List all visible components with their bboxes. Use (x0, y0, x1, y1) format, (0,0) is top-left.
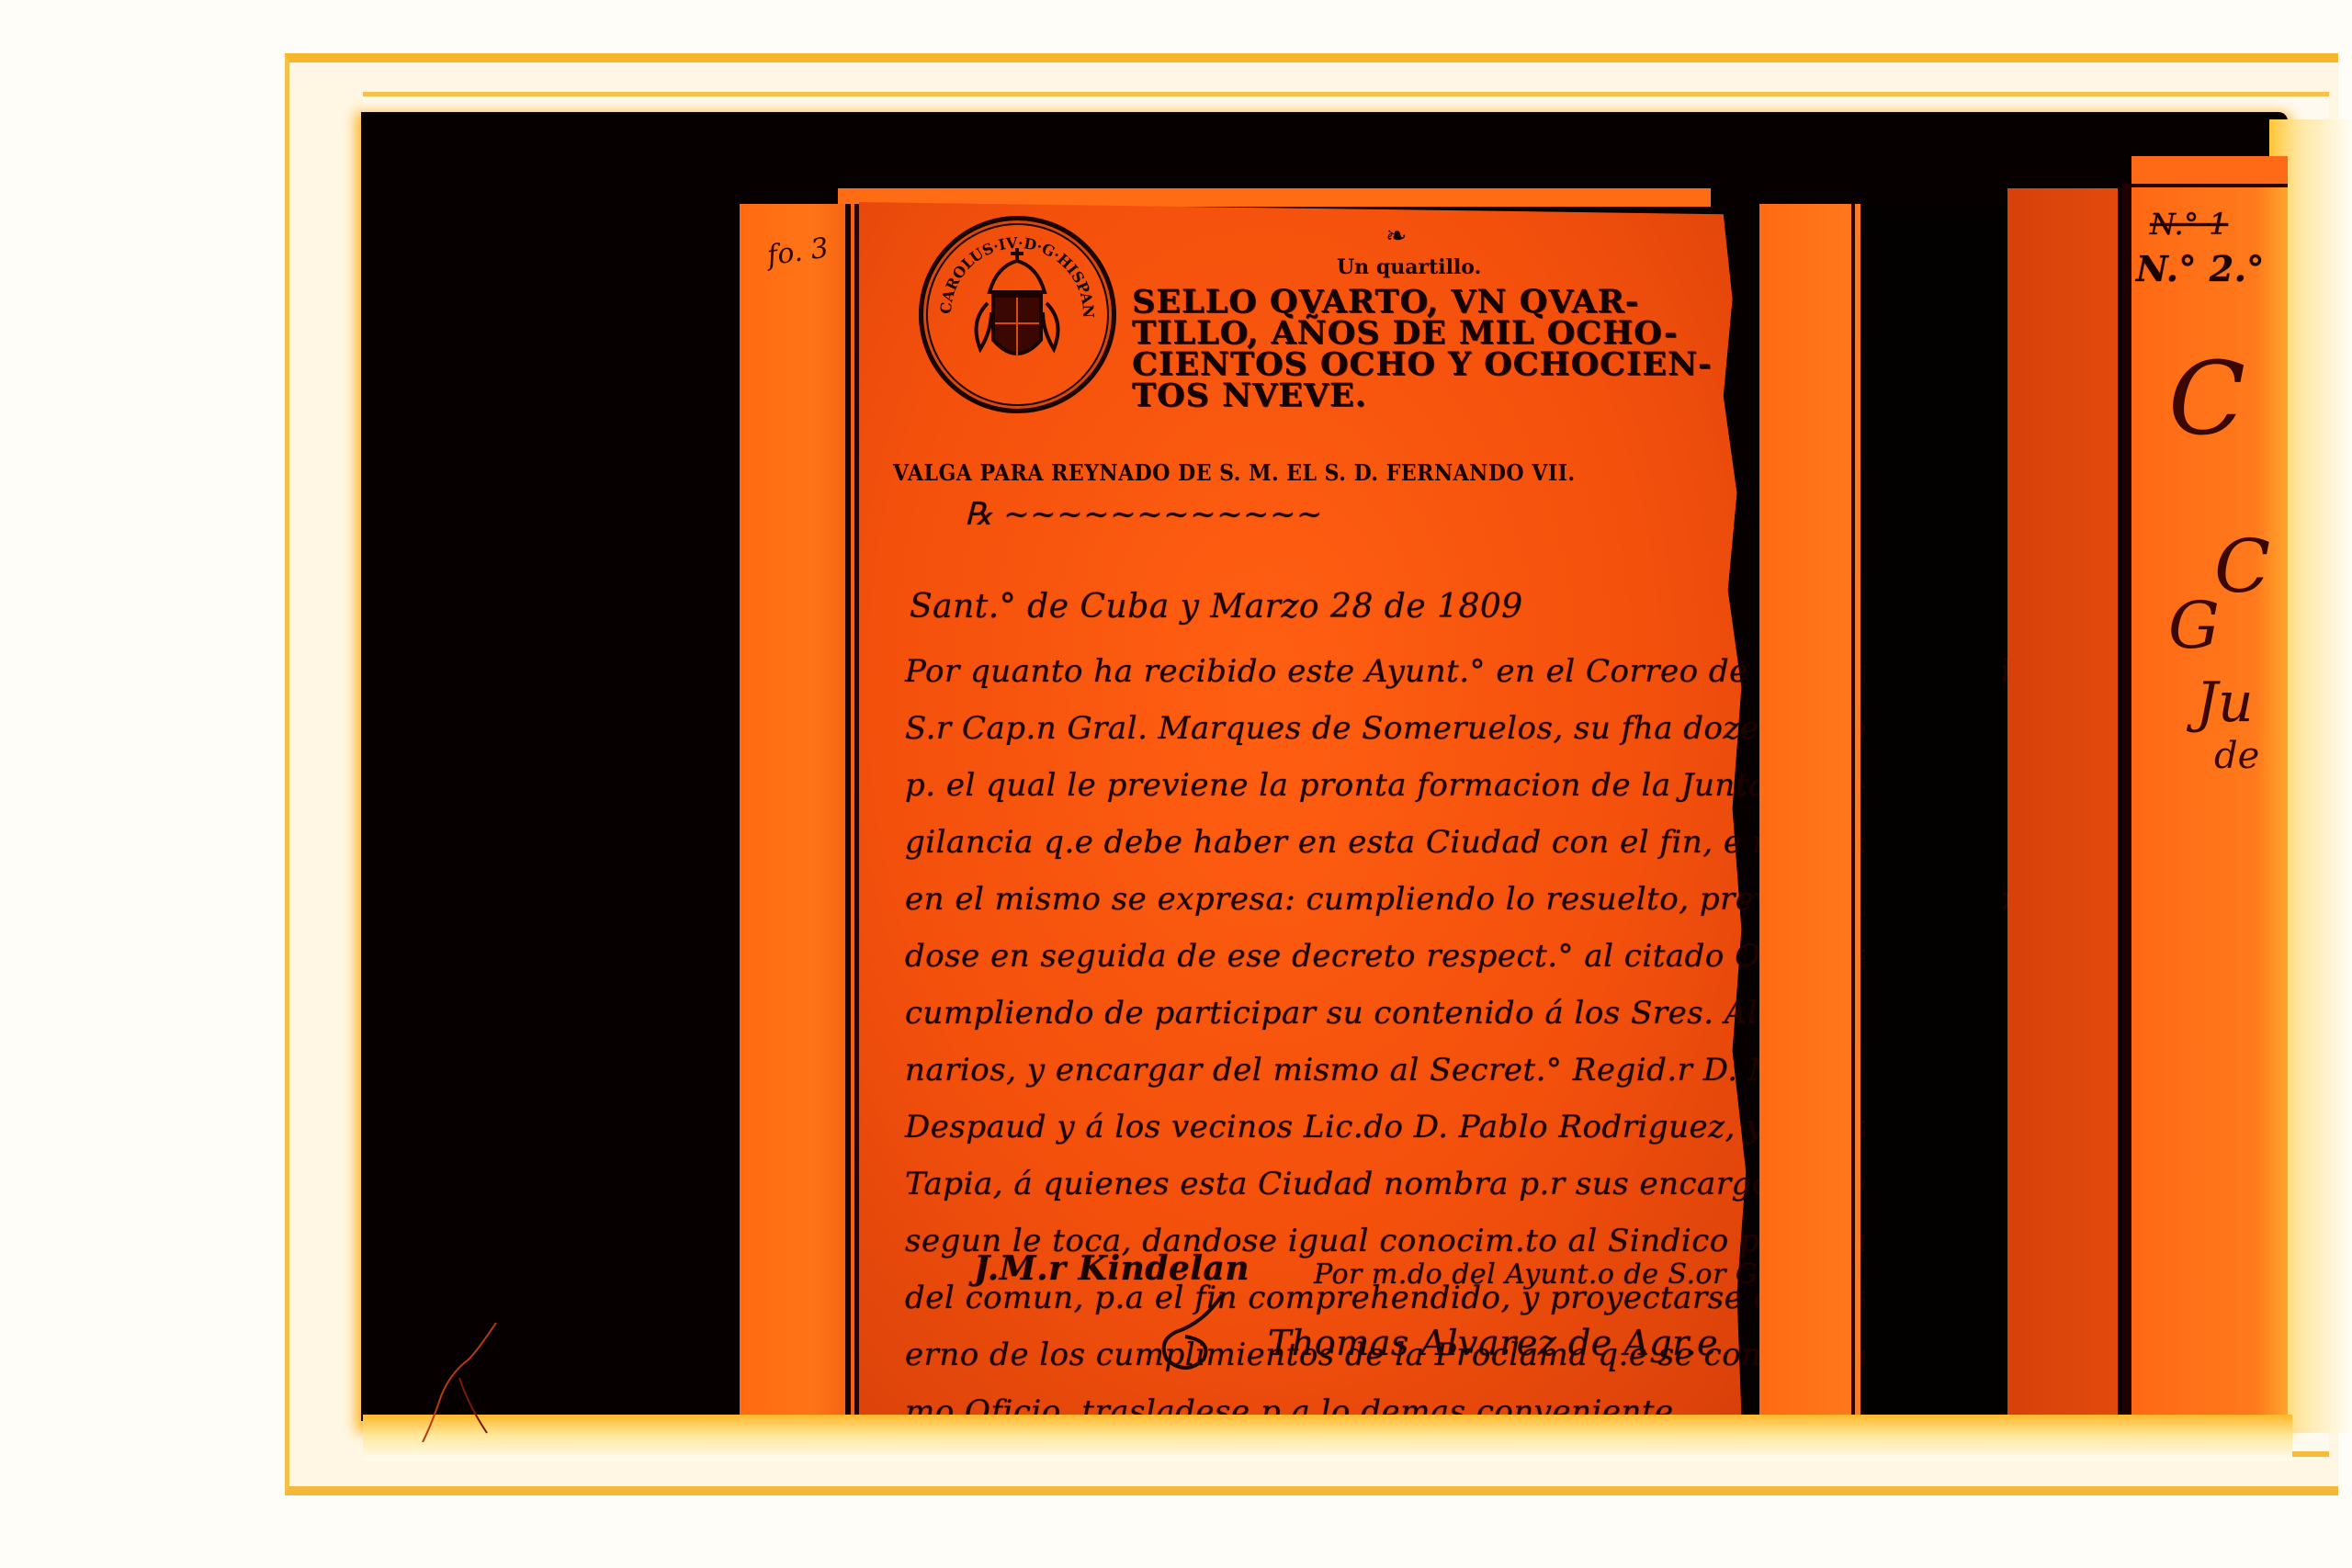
page-number: N.° 2.° (2136, 248, 2265, 289)
stamp-text-block: SELLO QVARTO, VN QVAR- TILLO, AÑOS DE MI… (1132, 287, 1702, 412)
loose-fibre-icon (404, 1323, 533, 1442)
left-margin-strip: fo. 3 (740, 204, 859, 1415)
stamp-denomination: Un quartillo. (1337, 255, 1481, 279)
royal-coat-of-arms-icon: CAROLUS·IV·D·G·HISPANIARUM REX (923, 220, 1112, 409)
page-left-rule (845, 204, 851, 1415)
right-page-glyph: de (2214, 735, 2259, 777)
right-binding-strip (2007, 188, 2118, 1415)
signature-left: J.M.r Kindelan (974, 1249, 1249, 1288)
stamp-line: CIENTOS OCHO Y OCHOCIEN- (1132, 349, 1702, 380)
signature-flourish-icon (1148, 1286, 1259, 1378)
folio-note: fo. 3 (765, 232, 831, 273)
bottom-edge-glow (363, 1415, 2292, 1461)
validation-line: VALGA PARA REYNADO DE S. M. EL S. D. FER… (893, 459, 1576, 486)
struck-page-number: N.° 1 (2150, 207, 2228, 242)
stamp-ornament-icon: ❧ (1385, 220, 1407, 251)
right-page-glyph: C (2214, 524, 2270, 609)
rubric-flourish: ℞ ~~~~~~~~~~~~ (965, 496, 1323, 533)
right-strip-rule (2122, 184, 2131, 1415)
adjacent-page-edge (1759, 204, 1860, 1415)
right-manuscript-page: C C G Ju de (2131, 156, 2288, 1415)
right-page-glyph: C (2168, 340, 2245, 457)
right-page-glyph: Ju (2196, 671, 2254, 735)
binding-gap (1865, 204, 2003, 1416)
date-line: Sant.° de Cuba y Marzo 28 de 1809 (910, 588, 1523, 626)
right-page-glyph: G (2168, 588, 2220, 663)
signature-right: Thomas Alvarez de Agr.e (1268, 1323, 1718, 1363)
stamp-line: SELLO QVARTO, VN QVAR- (1132, 287, 1702, 318)
page-edge-rule (1851, 204, 1855, 1415)
signature-attestation: Por m.do del Ayunt.o de S.or Gov. (1314, 1258, 1797, 1291)
stamp-line: TILLO, AÑOS DE MIL OCHO- (1132, 318, 1702, 349)
right-page-top-edge (2131, 156, 2288, 187)
stamp-line: TOS NVEVE. (1132, 380, 1702, 412)
royal-seal: CAROLUS·IV·D·G·HISPANIARUM REX (919, 216, 1116, 413)
